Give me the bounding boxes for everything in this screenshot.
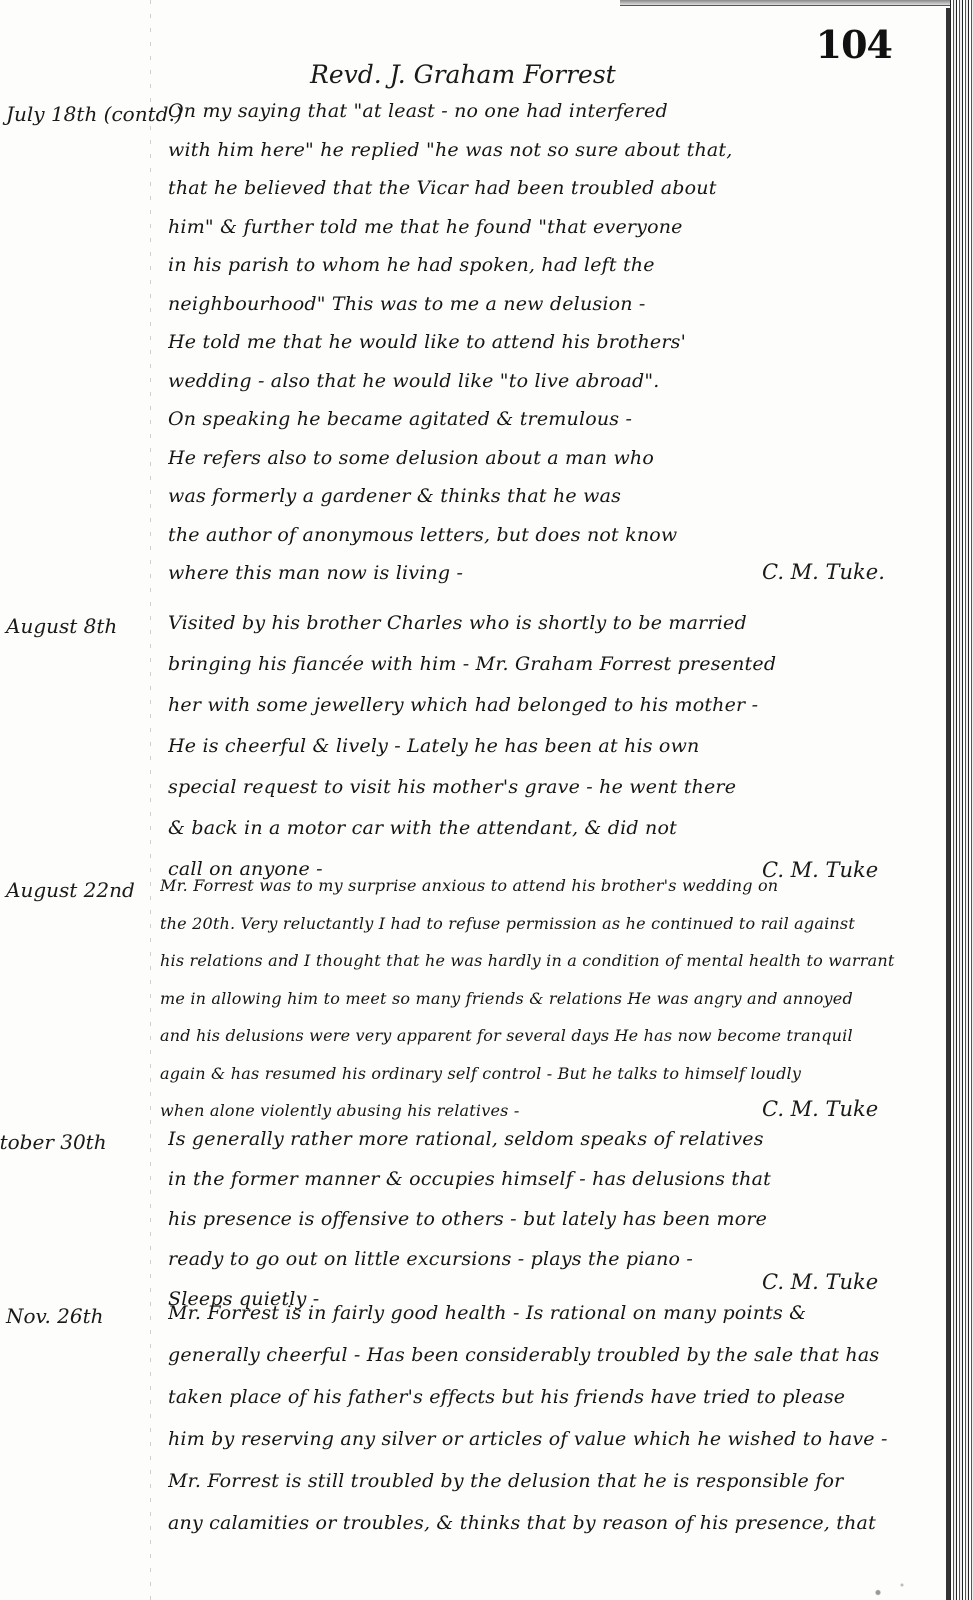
- note-line: Mr. Forrest was to my surprise anxious t…: [160, 876, 920, 895]
- note-line: me in allowing him to meet so many frien…: [160, 989, 920, 1008]
- manuscript-page: 104 Revd. J. Graham Forrest July 18th (c…: [0, 0, 950, 1600]
- note-line: with him here" he replied "he was not so…: [168, 139, 928, 161]
- note-line: the 20th. Very reluctantly I had to refu…: [160, 914, 920, 933]
- book-binding-edge: [950, 0, 973, 1600]
- note-line: and his delusions were very apparent for…: [160, 1026, 920, 1045]
- note-line: him by reserving any silver or articles …: [168, 1428, 928, 1450]
- note-line: was formerly a gardener & thinks that he…: [168, 485, 928, 507]
- note-line: her with some jewellery which had belong…: [168, 694, 928, 716]
- scan-specks: [860, 1575, 920, 1600]
- note-line: On my saying that "at least - no one had…: [168, 100, 928, 122]
- note-line: Mr. Forrest is still troubled by the del…: [168, 1470, 928, 1492]
- note-line: again & has resumed his ordinary self co…: [160, 1064, 920, 1083]
- note-line: He refers also to some delusion about a …: [168, 447, 928, 469]
- entry-date: July 18th (contd.): [6, 102, 183, 126]
- note-line: him" & further told me that he found "th…: [168, 216, 928, 238]
- note-line: his presence is offensive to others - bu…: [168, 1208, 928, 1230]
- note-line: the author of anonymous letters, but doe…: [168, 524, 928, 546]
- note-line: his relations and I thought that he was …: [160, 951, 920, 970]
- note-line: ready to go out on little excursions - p…: [168, 1248, 928, 1270]
- note-line: generally cheerful - Has been considerab…: [168, 1344, 928, 1366]
- note-line: Visited by his brother Charles who is sh…: [168, 612, 928, 634]
- note-line: & back in a motor car with the attendant…: [168, 817, 928, 839]
- note-line: in the former manner & occupies himself …: [168, 1168, 928, 1190]
- page-top-edge: [620, 0, 950, 6]
- note-line: special request to visit his mother's gr…: [168, 776, 928, 798]
- entry-date: October 30th: [0, 1130, 107, 1154]
- note-line: Mr. Forrest is in fairly good health - I…: [168, 1302, 928, 1324]
- note-line: that he believed that the Vicar had been…: [168, 177, 928, 199]
- entry-date: Nov. 26th: [6, 1304, 104, 1328]
- note-line: taken place of his father's effects but …: [168, 1386, 928, 1408]
- note-line: He told me that he would like to attend …: [168, 331, 928, 353]
- entry-date: August 22nd: [6, 878, 135, 902]
- physician-signature: C. M. Tuke: [762, 1097, 878, 1121]
- page-number: 104: [816, 22, 892, 67]
- note-line: He is cheerful & lively - Lately he has …: [168, 735, 928, 757]
- entry-date: August 8th: [6, 614, 117, 638]
- note-line: in his parish to whom he had spoken, had…: [168, 254, 928, 276]
- note-line: bringing his fiancée with him - Mr. Grah…: [168, 653, 928, 675]
- margin-rule: [150, 0, 151, 1600]
- note-line: On speaking he became agitated & tremulo…: [168, 408, 928, 430]
- patient-name-heading: Revd. J. Graham Forrest: [310, 60, 616, 89]
- note-line: wedding - also that he would like "to li…: [168, 370, 928, 392]
- physician-signature: C. M. Tuke.: [762, 560, 885, 584]
- note-line: neighbourhood" This was to me a new delu…: [168, 293, 928, 315]
- note-line: Is generally rather more rational, seldo…: [168, 1128, 928, 1150]
- physician-signature: C. M. Tuke: [762, 1270, 878, 1294]
- note-line: any calamities or troubles, & thinks tha…: [168, 1512, 928, 1534]
